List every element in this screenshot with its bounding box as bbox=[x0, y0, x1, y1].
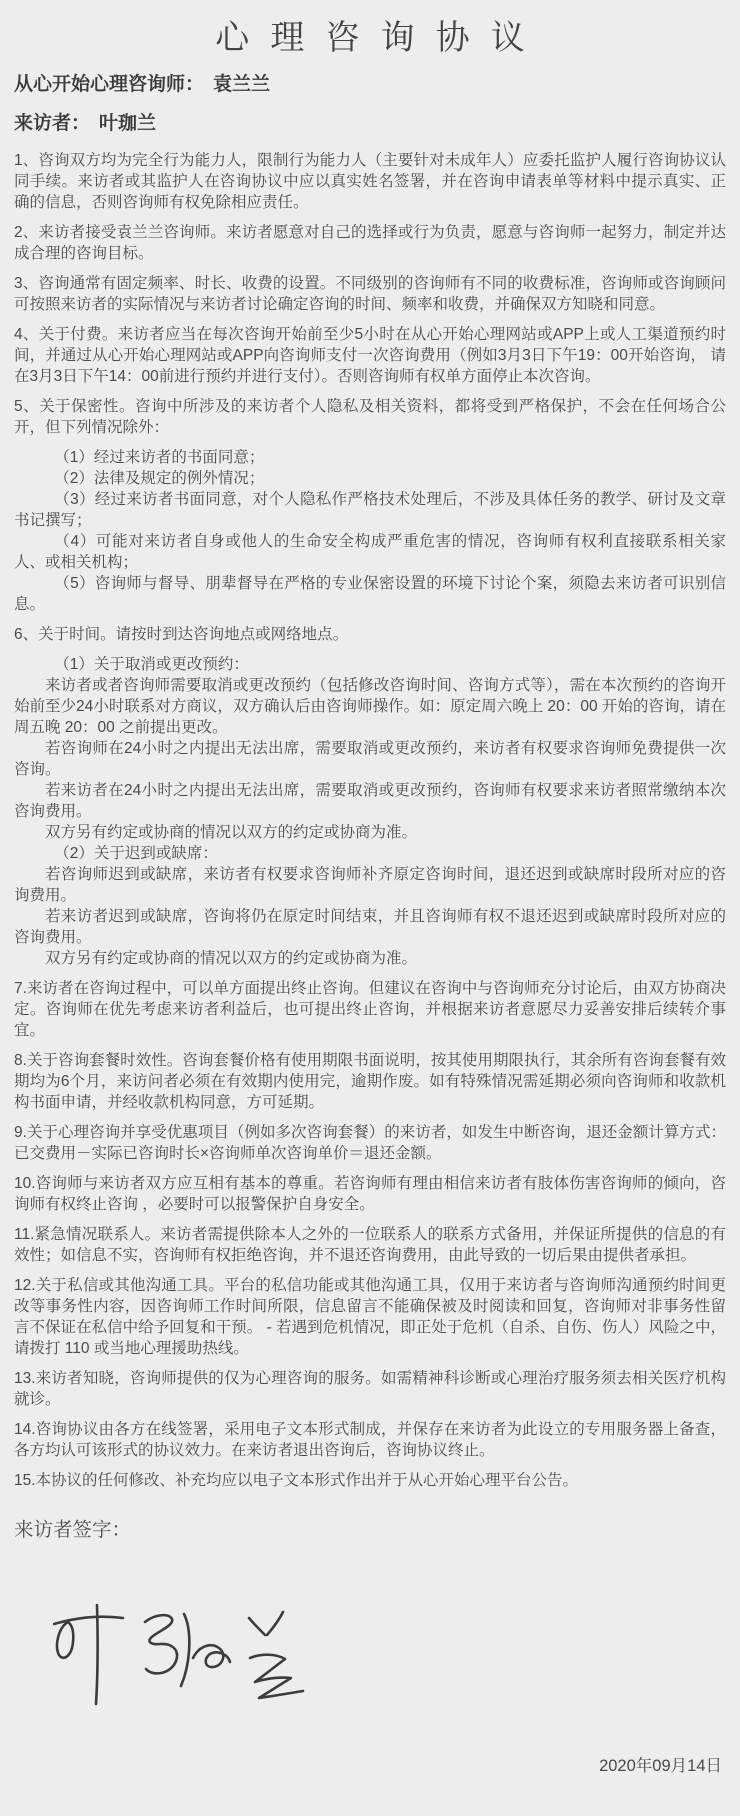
client-label: 来访者： bbox=[14, 113, 90, 134]
agreement-paragraph: 双方另有约定或协商的情况以双方的约定或协商为准。 bbox=[14, 948, 726, 969]
agreement-paragraph: 若来访者迟到或缺席，咨询将仍在原定时间结束，并且咨询师有权不退还迟到或缺席时段所… bbox=[14, 906, 726, 948]
counselor-line: 从心开始心理咨询师：袁兰兰 bbox=[14, 73, 726, 98]
agreement-paragraph: 7.来访者在咨询过程中，可以单方面提出终止咨询。但建议在咨询中与咨询师充分讨论后… bbox=[14, 978, 726, 1041]
signature-label: 来访者签字： bbox=[14, 1518, 726, 1543]
agreement-paragraph: 2、来访者接受袁兰兰咨询师。来访者愿意对自己的选择或行为负责，愿意与咨询师一起努… bbox=[14, 222, 726, 264]
agreement-paragraph: 10.咨询师与来访者双方应互相有基本的尊重。若咨询师有理由相信来访者有肢体伤害咨… bbox=[14, 1173, 726, 1215]
page-title: 心理咨询协议 bbox=[14, 10, 726, 59]
client-line: 来访者：叶珈兰 bbox=[14, 112, 726, 137]
agreement-paragraph: （3）经过来访者书面同意，对个人隐私作严格技术处理后，不涉及具体任务的教学、研讨… bbox=[14, 489, 726, 531]
agreement-paragraph: 若来访者在24小时之内提出无法出席，需要取消或更改预约，咨询师有权要求来访者照常… bbox=[14, 780, 726, 822]
agreement-paragraph: （1）经过来访者的书面同意； bbox=[14, 447, 726, 468]
agreement-paragraph: 4、关于付费。来访者应当在每次咨询开始前至少5小时在从心开始心理网站或APP上或… bbox=[14, 324, 726, 387]
agreement-paragraph: 若咨询师迟到或缺席，来访者有权要求咨询师补齐原定咨询时间，退还迟到或缺席时段所对… bbox=[14, 864, 726, 906]
agreement-paragraph: （4）可能对来访者自身或他人的生命安全构成严重危害的情况，咨询师有权利直接联系相… bbox=[14, 531, 726, 573]
agreement-paragraph: （2）关于迟到或缺席： bbox=[14, 843, 726, 864]
agreement-paragraph: 5、关于保密性。咨询中所涉及的来访者个人隐私及相关资料，都将受到严格保护，不会在… bbox=[14, 396, 726, 438]
agreement-paragraph: 8.关于咨询套餐时效性。咨询套餐价格有使用期限书面说明，按其使用期限执行，其余所… bbox=[14, 1050, 726, 1113]
signing-date: 2020年09月14日 bbox=[14, 1752, 722, 1776]
agreement-paragraph: 3、咨询通常有固定频率、时长、收费的设置。不同级别的咨询师有不同的收费标准，咨询… bbox=[14, 273, 726, 315]
client-name: 叶珈兰 bbox=[99, 113, 156, 134]
agreement-paragraph: （1）关于取消或更改预约： bbox=[14, 654, 726, 675]
signature-ink-icon bbox=[53, 1600, 313, 1712]
agreement-paragraph: 11.紧急情况联系人。来访者需提供除本人之外的一位联系人的联系方式备用，并保证所… bbox=[14, 1224, 726, 1266]
agreement-paragraph: 双方另有约定或协商的情况以双方的约定或协商为准。 bbox=[14, 822, 726, 843]
handwritten-signature bbox=[53, 1600, 726, 1712]
agreement-paragraph: （2）法律及规定的例外情况； bbox=[14, 468, 726, 489]
agreement-paragraph: 若咨询师在24小时之内提出无法出席，需要取消或更改预约，来访者有权要求咨询师免费… bbox=[14, 738, 726, 780]
agreement-paragraph: 15.本协议的任何修改、补充均应以电子文本形式作出并于从心开始心理平台公告。 bbox=[14, 1470, 726, 1491]
agreement-paragraph: 12.关于私信或其他沟通工具。平台的私信功能或其他沟通工具，仅用于来访者与咨询师… bbox=[14, 1275, 726, 1359]
counselor-label: 从心开始心理咨询师： bbox=[14, 74, 204, 95]
agreement-paragraph: 14.咨询协议由各方在线签署，采用电子文本形式制成，并保存在来访者为此设立的专用… bbox=[14, 1419, 726, 1461]
agreement-paragraph: 1、咨询双方均为完全行为能力人，限制行为能力人（主要针对未成年人）应委托监护人履… bbox=[14, 150, 726, 213]
agreement-paragraph: （5）咨询师与督导、朋辈督导在严格的专业保密设置的环境下讨论个案，须隐去来访者可… bbox=[14, 573, 726, 615]
agreement-paragraph: 9.关于心理咨询并享受优惠项目（例如多次咨询套餐）的来访者，如发生中断咨询，退还… bbox=[14, 1122, 726, 1164]
counselor-name: 袁兰兰 bbox=[213, 74, 270, 95]
counseling-agreement-document: 心理咨询协议 从心开始心理咨询师：袁兰兰 来访者：叶珈兰 1、咨询双方均为完全行… bbox=[0, 0, 740, 1816]
agreement-clauses: 1、咨询双方均为完全行为能力人，限制行为能力人（主要针对未成年人）应委托监护人履… bbox=[14, 150, 726, 1491]
agreement-paragraph: 来访者或者咨询师需要取消或更改预约（包括修改咨询时间、咨询方式等），需在本次预约… bbox=[14, 675, 726, 738]
agreement-paragraph: 6、关于时间。请按时到达咨询地点或网络地点。 bbox=[14, 624, 726, 645]
agreement-paragraph: 13.来访者知晓，咨询师提供的仅为心理咨询的服务。如需精神科诊断或心理治疗服务须… bbox=[14, 1368, 726, 1410]
